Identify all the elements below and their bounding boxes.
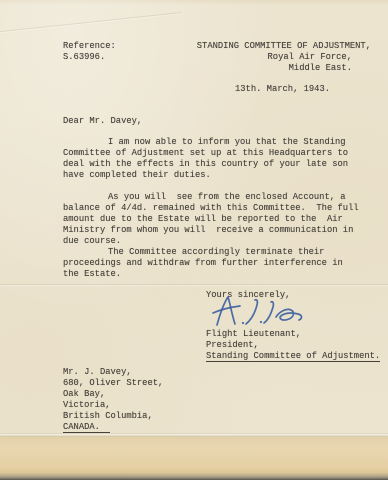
recipient-city: Victoria,: [63, 400, 163, 411]
handwritten-signature-icon: [210, 294, 310, 332]
recipient-name: Mr. J. Davey,: [63, 367, 163, 378]
recipient-address: Mr. J. Davey, 680, Oliver Street, Oak Ba…: [63, 367, 163, 433]
paragraph-line: deal with the effects in this country of…: [63, 159, 348, 170]
salutation: Dear Mr. Davey,: [63, 116, 142, 127]
signoff-rank: Flight Lieutenant,: [206, 329, 380, 340]
paragraph-line: the Estate.: [63, 269, 343, 280]
paragraph-line: proceedings and withdraw from further in…: [63, 258, 343, 269]
paper-crease-lower: [0, 433, 388, 434]
paragraph-2: As you will see from the enclosed Accoun…: [63, 192, 359, 247]
paragraph-line: amount due to the Estate will be reporte…: [63, 214, 359, 225]
paragraph-line: have completed their duties.: [63, 170, 348, 181]
letter-date: 13th. March, 1943.: [235, 84, 330, 95]
scanned-letter-page: Reference: S.63996. STANDING COMMITTEE O…: [0, 0, 388, 480]
reference-number: S.63996.: [63, 52, 116, 63]
recipient-province: British Columbia,: [63, 411, 163, 422]
recipient-district: Oak Bay,: [63, 389, 163, 400]
letterhead-region: Middle East.: [197, 63, 371, 74]
paragraph-line: Ministry from whom you will receive a co…: [63, 225, 359, 236]
paragraph-3: The Committee accordingly terminate thei…: [63, 247, 343, 280]
paper-crease-middle: [0, 284, 388, 285]
paragraph-line: As you will see from the enclosed Accoun…: [63, 192, 359, 203]
recipient-country: CANADA.: [63, 422, 110, 433]
paragraph-1: I am now able to inform you that the Sta…: [63, 137, 348, 181]
paragraph-line: due course.: [63, 236, 359, 247]
paper-fold-strip: [0, 437, 388, 473]
letterhead-committee: STANDING COMMITTEE OF ADJUSTMENT,: [197, 41, 371, 52]
reference-block: Reference: S.63996.: [63, 41, 116, 63]
scan-bottom-edge: [0, 473, 388, 480]
paper-crease-top-left: [0, 12, 182, 33]
signoff-committee: Standing Committee of Adjustment.: [206, 351, 380, 362]
recipient-street: 680, Oliver Street,: [63, 378, 163, 389]
paragraph-line: I am now able to inform you that the Sta…: [63, 137, 348, 148]
paragraph-line: The Committee accordingly terminate thei…: [63, 247, 343, 258]
signoff-title: President,: [206, 340, 380, 351]
letterhead: STANDING COMMITTEE OF ADJUSTMENT, Royal …: [197, 41, 371, 74]
paragraph-line: Committee of Adjustment set up at this H…: [63, 148, 348, 159]
signoff-block: Flight Lieutenant, President, Standing C…: [206, 329, 380, 362]
reference-label: Reference:: [63, 41, 116, 52]
paragraph-line: balance of 4/4d. remained with this Comm…: [63, 203, 359, 214]
letterhead-force: Royal Air Force,: [197, 52, 371, 63]
